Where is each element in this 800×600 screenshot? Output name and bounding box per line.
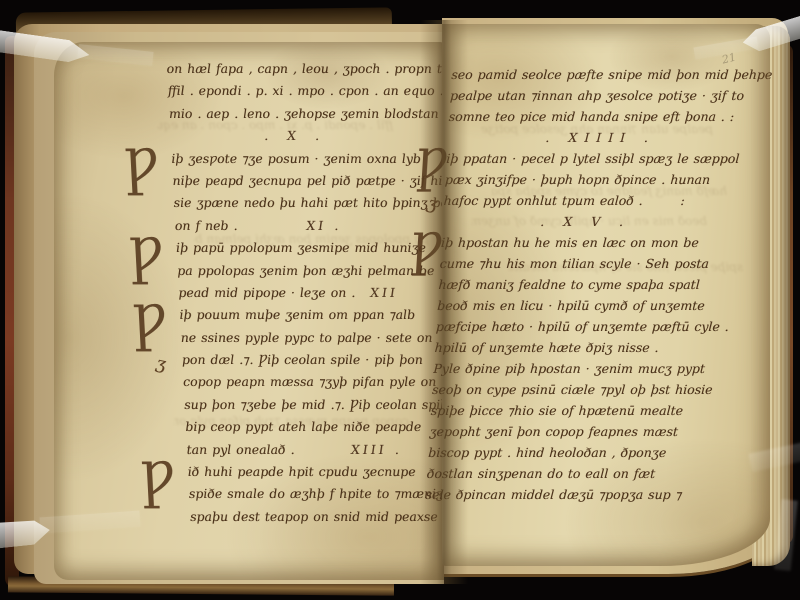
line-text: pon dæl .⁊. Ƿiþ ceolan spile · piþ þon	[181, 349, 423, 371]
line-text: ffil . epondi . p. xi . mpo . cpon . an …	[167, 80, 461, 102]
line-text: on hæl fapa , capn , leou , ʒpoch . prop…	[166, 58, 449, 80]
manuscript-line: mio . aep . leno . ʒehopse ʒemin blodsta…	[168, 103, 443, 125]
manuscript-line: spaþu dest teapop on snid mid peaxse	[189, 506, 464, 528]
manuscript-line: Ƿiþ hpostan hu he mis en læc on mon be	[440, 232, 723, 253]
manuscript-line: sup þon ⁊ʒebe þe mid .⁊. Ƿiþ ceolan spil…	[184, 394, 459, 416]
manuscript-line: spiþe þicce ⁊hio sie of hpætenū mealte	[430, 400, 713, 421]
line-text: . X V .	[540, 211, 631, 232]
line-text: mio . aep . leno . ʒehopse ʒemin blodsta…	[168, 103, 448, 125]
line-text: niþe peapd ʒecnupa pel pið pætpe · ʒif h…	[172, 170, 451, 192]
manuscript-line: biscop pypt . hind heoloðan , ðponʒe	[428, 442, 711, 463]
line-text: copop peapn mæssa ⁊ʒyþ pifan pyle on	[182, 371, 436, 393]
manuscript-line: bip ceop pypt ateh laþe niðe peapde	[185, 416, 460, 438]
chapter-number-tail: XII	[370, 282, 399, 304]
decorated-initial: Ƿ	[131, 302, 169, 347]
line-text: biscop pypt . hind heoloðan , ðponʒe	[428, 442, 667, 463]
line-text: hafoc pypt onhlut tpum ealoð .	[443, 190, 643, 211]
line-text: . X .	[264, 125, 327, 147]
line-text: pæx ʒinʒifpe · þuph hopn ðpince . hunan	[444, 169, 710, 190]
manuscript-line: on f neb .XI .	[174, 215, 449, 237]
right-page-text-column: seo pamid seolce pæfte snipe mid þon mid…	[425, 64, 734, 505]
manuscript-line: Ƿiþ ʒesƿote ⁊ʒe posum · ʒenim oxna lyb	[171, 148, 446, 170]
manuscript-line: somne teo pice mid handa snipe eft þona …	[448, 106, 731, 127]
manuscript-line: tan pyl onealað .XIII .	[186, 439, 461, 461]
chapter-number-tail: :	[680, 190, 689, 211]
chapter-number-heading: . X .	[170, 125, 445, 147]
left-page-text-column: on hæl fapa , capn , leou , ʒpoch . prop…	[166, 58, 465, 528]
line-text: iþ papū ppolopum ʒesmipe mid huniʒe	[175, 237, 426, 259]
line-text: iþ ppatan · pecel p lytel ssiþl spæʒ le …	[446, 148, 740, 169]
manuscript-line: seo pamid seolce pæfte snipe mid þon mid…	[451, 64, 734, 85]
line-text: ið huhi peapde hpit cpudu ʒecnupe	[187, 461, 416, 483]
manuscript-line: ʒepopht ʒenī þon copop feapnes mæst	[429, 421, 712, 442]
line-text: spiðe smale do æʒhþ f hpite to ⁊mæniʒ	[188, 483, 443, 505]
line-text: pa ppolopas ʒenim þon æʒhi pelman be	[177, 260, 435, 282]
manuscript-book: ffil . epondi . p. xi . mpo . cpon . an …	[0, 0, 800, 600]
line-text: hæfð maniʒ fealdne to cyme spaþa spatl	[438, 274, 700, 295]
manuscript-line: sele ðpincan middel dæʒū ⁊popʒa sup ⁊	[425, 484, 708, 505]
line-text: seoþ on cype psinū ciæle ⁊pyl oþ þst hio…	[431, 379, 713, 400]
line-text: sele ðpincan middel dæʒū ⁊popʒa sup ⁊	[425, 484, 682, 505]
line-text: pead mid pipope · leʒe on .	[178, 282, 356, 304]
chapter-number-heading: . X V .	[442, 211, 725, 232]
line-text: iþ pouum muþe ʒenim om ppan ⁊alb	[179, 304, 416, 326]
line-text: ne ssines pyple pypc to palpe · sete on	[180, 327, 433, 349]
manuscript-line: ʒpon dæl .⁊. Ƿiþ ceolan spile · piþ þon	[181, 349, 456, 371]
chapter-number-heading: . XIIII .	[447, 127, 730, 148]
manuscript-line: ne ssines pyple pypc to palpe · sete on	[180, 327, 455, 349]
line-text: spiþe þicce ⁊hio sie of hpætenū mealte	[430, 400, 684, 421]
line-text: sie ʒpæne nedo þu hahi pæt hito þpinʒ þo…	[173, 192, 457, 214]
manuscript-line: ðostlan sinʒpenan do to eall on fæt	[426, 463, 709, 484]
manuscript-line: Ƿiþ pouum muþe ʒenim om ppan ⁊alb	[179, 304, 454, 326]
manuscript-line: pead mid pipope · leʒe on .XII	[178, 282, 453, 304]
decorated-initial: Ƿ	[123, 146, 161, 191]
line-text: tan pyl onealað .	[186, 439, 295, 461]
manuscript-line: ʒhafoc pypt onhlut tpum ealoð .:	[443, 190, 726, 211]
right-page: pealpe utan ⁊innan ahp ʒesolce potiʒe · …	[442, 24, 770, 566]
manuscript-line: Pyle ðpine piþ hpostan · ʒenim mucʒ pypt	[433, 358, 716, 379]
line-text: . XIIII .	[545, 127, 656, 148]
line-text: Pyle ðpine piþ hpostan · ʒenim mucʒ pypt	[433, 358, 706, 379]
manuscript-line: pæx ʒinʒifpe · þuph hopn ðpince . hunan	[444, 169, 727, 190]
manuscript-line: cume ⁊hu his mon tilian scyle · Seh post…	[439, 253, 722, 274]
marginal-flourish: ʒ	[154, 352, 167, 376]
line-text: pealpe utan ⁊innan ahp ʒesolce potiʒe · …	[449, 85, 744, 106]
line-text: ðostlan sinʒpenan do to eall on fæt	[426, 463, 655, 484]
manuscript-line: Ƿiþ ppatan · pecel p lytel ssiþl spæʒ le…	[446, 148, 729, 169]
line-text: sup þon ⁊ʒebe þe mid .⁊. Ƿiþ ceolan spil…	[184, 394, 453, 416]
manuscript-line: copop peapn mæssa ⁊ʒyþ pifan pyle on	[182, 371, 457, 393]
manuscript-line: on hæl fapa , capn , leou , ʒpoch . prop…	[166, 58, 441, 80]
line-text: seo pamid seolce pæfte snipe mid þon mid…	[451, 64, 773, 85]
manuscript-line: hpilū of unʒemte hæte ðpiʒ nisse .	[434, 337, 717, 358]
manuscript-line: pealpe utan ⁊innan ahp ʒesolce potiʒe · …	[449, 85, 732, 106]
decorated-initial: Ƿ	[139, 459, 177, 504]
manuscript-line: Ƿið huhi peapde hpit cpudu ʒecnupe	[187, 461, 462, 483]
left-page: ffil . epondi . p. xi . mpo . cpon . an …	[54, 42, 444, 580]
manuscript-line: pæfcipe hæto · hpilū of unʒemte pæftū cy…	[435, 316, 718, 337]
manuscript-line: beoð mis en licu · hpilū cymð of unʒemte	[437, 295, 720, 316]
decorated-initial: Ƿ	[127, 235, 165, 280]
line-text: on f neb .	[174, 215, 238, 237]
manuscript-line: spiðe smale do æʒhþ f hpite to ⁊mæniʒ	[188, 483, 463, 505]
photo-stage: ffil . epondi . p. xi . mpo . cpon . an …	[0, 0, 800, 600]
line-text: iþ ʒesƿote ⁊ʒe posum · ʒenim oxna lyb	[171, 148, 422, 170]
line-text: somne teo pice mid handa snipe eft þona …	[448, 106, 735, 127]
manuscript-line: sie ʒpæne nedo þu hahi pæt hito þpinʒ þo…	[173, 192, 448, 214]
line-text: iþ hpostan hu he mis en læc on mon be	[440, 232, 699, 253]
chapter-number-tail: XIII .	[350, 439, 402, 461]
line-text: beoð mis en licu · hpilū cymð of unʒemte	[437, 295, 706, 316]
line-text: bip ceop pypt ateh laþe niðe peapde	[185, 416, 422, 438]
manuscript-line: niþe peapd ʒecnupa pel pið pætpe · ʒif h…	[172, 170, 447, 192]
manuscript-line: hæfð maniʒ fealdne to cyme spaþa spatl	[438, 274, 721, 295]
line-text: pæfcipe hæto · hpilū of unʒemte pæftū cy…	[435, 316, 729, 337]
line-text: spaþu dest teapop on snid mid peaxse	[189, 506, 438, 528]
line-text: hpilū of unʒemte hæte ðpiʒ nisse .	[434, 337, 659, 358]
manuscript-line: seoþ on cype psinū ciæle ⁊pyl oþ þst hio…	[431, 379, 714, 400]
line-text: ʒepopht ʒenī þon copop feapnes mæst	[429, 421, 679, 442]
chapter-number-tail: XI .	[306, 215, 342, 237]
manuscript-line: ffil . epondi . p. xi . mpo . cpon . an …	[167, 80, 442, 102]
line-text: cume ⁊hu his mon tilian scyle · Seh post…	[439, 253, 709, 274]
